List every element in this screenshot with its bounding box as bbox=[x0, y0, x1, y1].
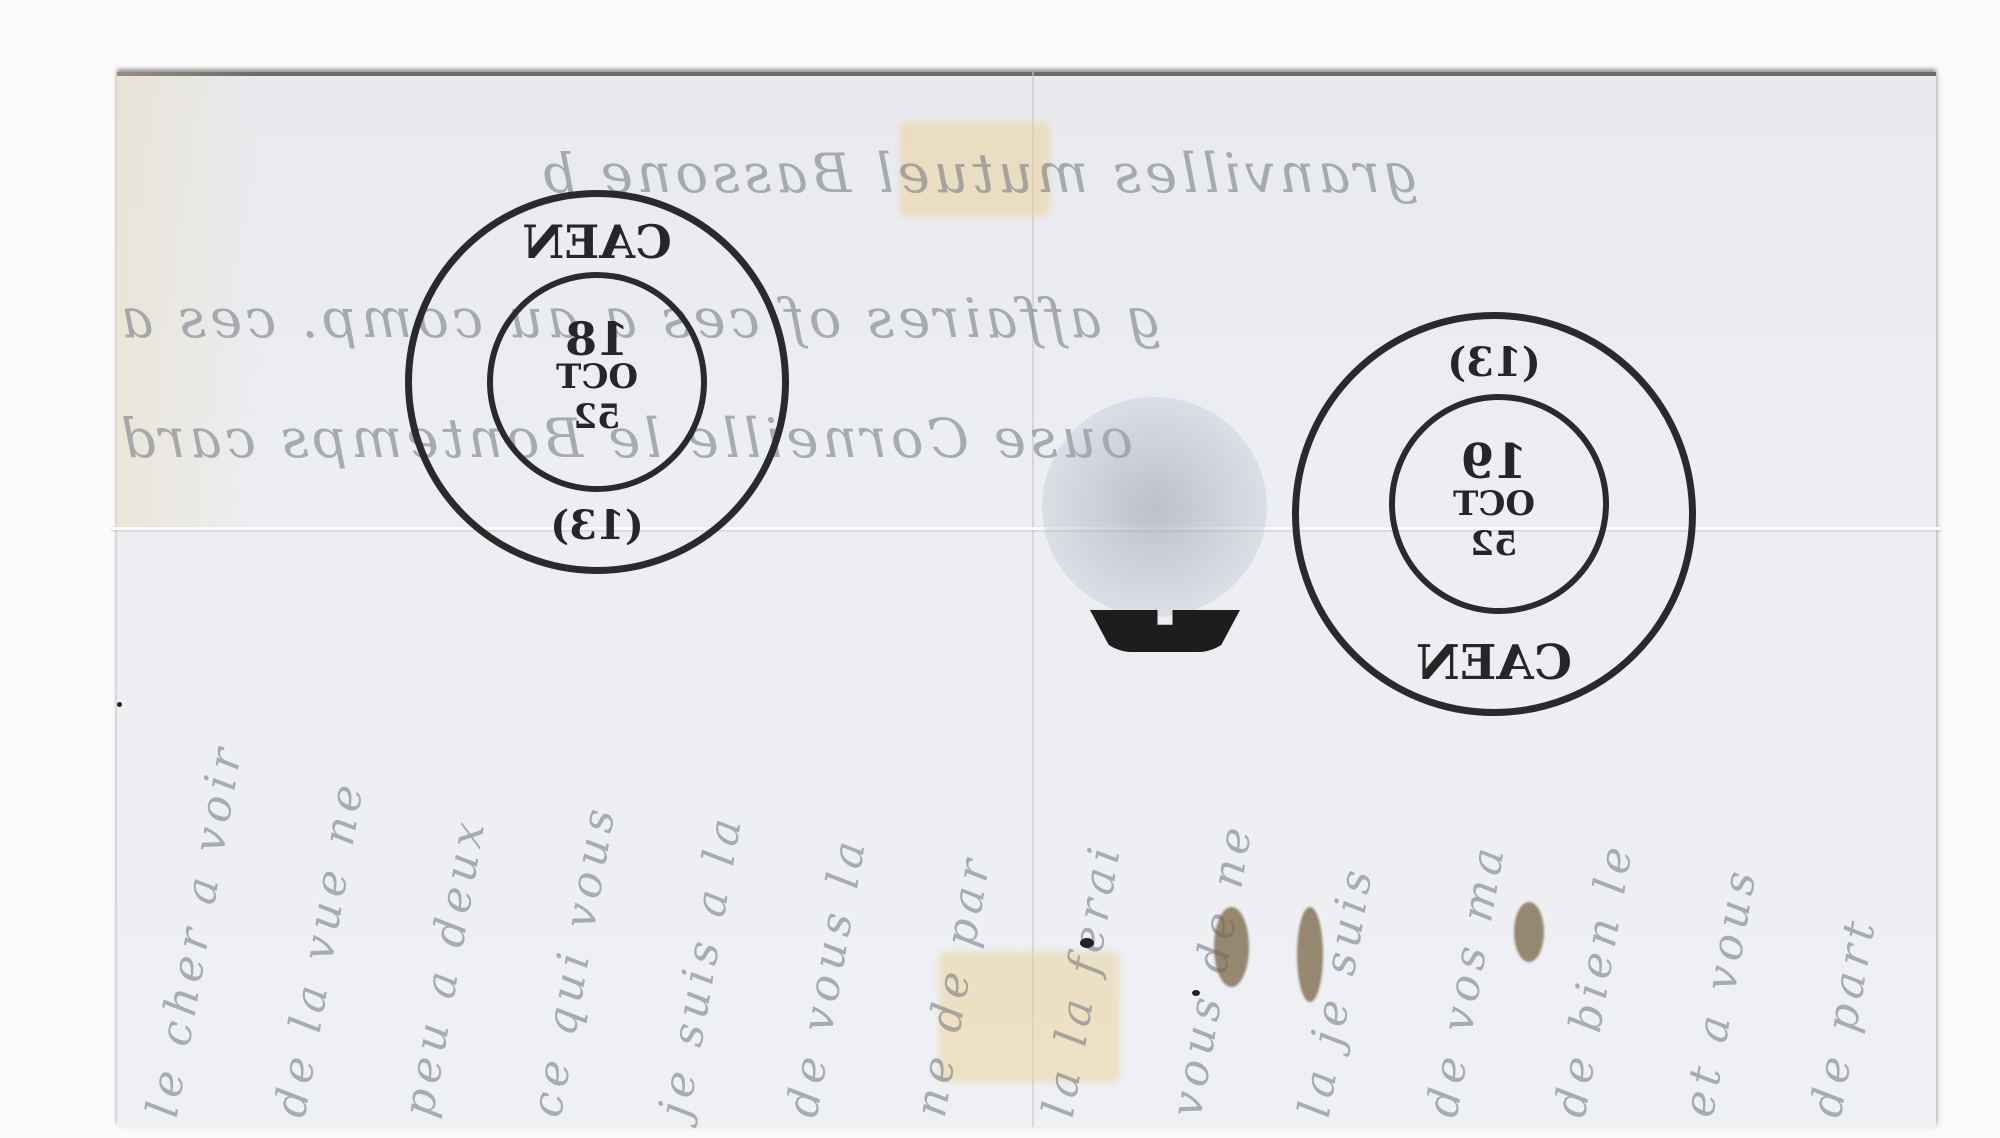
ink-dot bbox=[117, 702, 122, 707]
postmark-town: CAEN bbox=[1299, 635, 1689, 691]
handwriting-column: vous de ne bbox=[1161, 818, 1263, 1121]
handwriting-column: le cher a voir bbox=[137, 739, 253, 1121]
ink-dot bbox=[1080, 938, 1094, 948]
ink-spot bbox=[1297, 907, 1323, 1002]
postmark-month: OCT bbox=[1299, 484, 1689, 524]
ink-spot bbox=[1514, 902, 1544, 962]
postmark-dept: (13) bbox=[412, 502, 782, 549]
handwriting-column: de part bbox=[1801, 912, 1887, 1121]
postmark-town: CAEN bbox=[412, 215, 782, 269]
postmark-right: CAEN (13) 19 OCT 52 bbox=[1292, 312, 1696, 716]
handwriting-column: de vous la bbox=[777, 832, 877, 1121]
postmark-year: 52 bbox=[1299, 524, 1689, 564]
handwriting-column: de vos ma bbox=[1417, 838, 1516, 1121]
postmark-month: OCT bbox=[412, 357, 782, 397]
handwriting-column: de la vue ne bbox=[265, 775, 375, 1121]
ink-spot bbox=[1214, 907, 1249, 987]
postmark-year: 52 bbox=[412, 397, 782, 437]
wax-seal-residue bbox=[1042, 397, 1267, 617]
ink-dot bbox=[1192, 990, 1200, 996]
handwriting-column: et a vous bbox=[1673, 862, 1767, 1121]
handwriting-column: peu a deux bbox=[393, 813, 496, 1121]
postmark-day: 19 bbox=[1299, 434, 1689, 490]
postmark-dept: (13) bbox=[1299, 339, 1689, 386]
handwriting-column: je suis a la bbox=[649, 809, 753, 1121]
letter-sheet: granvilles mutuel Bassone b g affaires o… bbox=[117, 72, 1936, 1127]
handwriting-column: de bien le bbox=[1545, 837, 1644, 1121]
handwriting-row: granvilles mutuel Bassone b bbox=[537, 142, 1419, 205]
postmark-left: CAEN (13) 18 OCT 52 bbox=[405, 190, 789, 574]
handwriting-column: ce qui vous bbox=[521, 799, 626, 1121]
